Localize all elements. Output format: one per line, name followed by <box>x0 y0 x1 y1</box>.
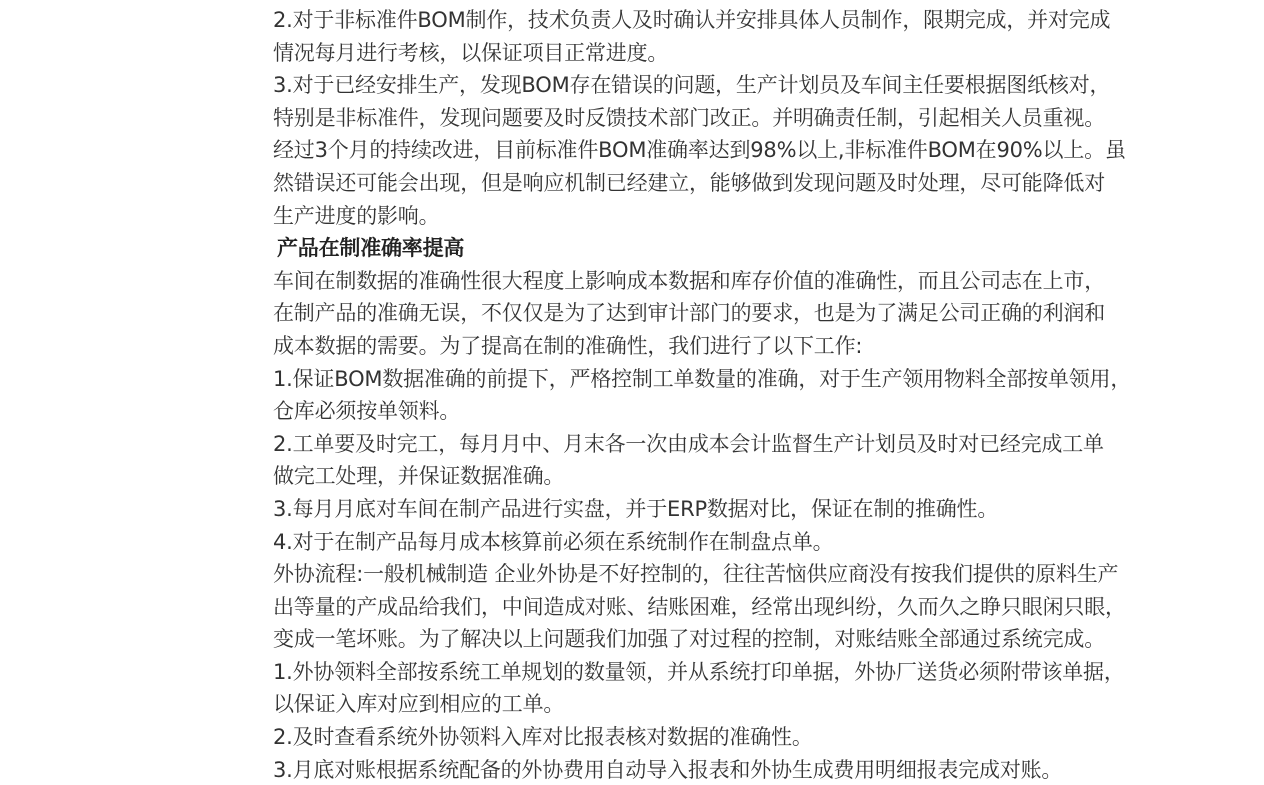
text-line: 经过3个月的持续改进，目前标准件BOM准确率达到98%以上,非标准件BOM在90… <box>273 134 1213 167</box>
paragraph-wip-1: 1.保证BOM数据准确的前提下，严格控制工单数量的准确，对于生产领用物料全部按单… <box>273 363 1213 428</box>
text-line: 做完工处理，并保证数据准确。 <box>273 460 1213 493</box>
text-line: 然错误还可能会出现，但是响应机制已经建立，能够做到发现问题及时处理，尽可能降低对 <box>273 167 1213 200</box>
text-line: 1.外协领料全部按系统工单规划的数量领，并从系统打印单据，外协厂送货必须附带该单… <box>273 656 1213 689</box>
paragraph-outsourcing-3: 3.月底对账根据系统配备的外协费用自动导入报表和外协生成费用明细报表完成对账。 <box>273 754 1213 785</box>
paragraph-outsourcing-2: 2.及时查看系统外协领料入库对比报表核对数据的准确性。 <box>273 721 1213 754</box>
text-line: 车间在制数据的准确性很大程度上影响成本数据和库存价值的准确性，而且公司志在上市， <box>273 265 1213 298</box>
paragraph-outsourcing-intro: 外协流程:一般机械制造 企业外协是不好控制的，往往苦恼供应商没有按我们提供的原料… <box>273 558 1213 656</box>
text-line: 生产进度的影响。 <box>273 200 1213 233</box>
paragraph-wip-4: 4.对于在制产品每月成本核算前必须在系统制作在制盘点单。 <box>273 526 1213 559</box>
paragraph-bom-nonstandard: 2.对于非标准件BOM制作，技术负责人及时确认并安排具体人员制作，限期完成，并对… <box>273 4 1213 69</box>
text-line: 2.工单要及时完工，每月月中、月末各一次由成本会计监督生产计划员及时对已经完成工… <box>273 428 1213 461</box>
article-body: 2.对于非标准件BOM制作，技术负责人及时确认并安排具体人员制作，限期完成，并对… <box>273 4 1213 785</box>
text-line: 情况每月进行考核，以保证项目正常进度。 <box>273 37 1213 70</box>
text-line: 2.及时查看系统外协领料入库对比报表核对数据的准确性。 <box>273 721 1213 754</box>
paragraph-outsourcing-1: 1.外协领料全部按系统工单规划的数量领，并从系统打印单据，外协厂送货必须附带该单… <box>273 656 1213 721</box>
paragraph-bom-results: 经过3个月的持续改进，目前标准件BOM准确率达到98%以上,非标准件BOM在90… <box>273 134 1213 232</box>
text-line: 以保证入库对应到相应的工单。 <box>273 688 1213 721</box>
text-line: 仓库必须按单领料。 <box>273 395 1213 428</box>
text-line: 出等量的产成品给我们，中间造成对账、结账困难，经常出现纠纷，久而久之睁只眼闲只眼… <box>273 591 1213 624</box>
paragraph-bom-errors: 3.对于已经安排生产，发现BOM存在错误的问题，生产计划员及车间主任要根据图纸核… <box>273 69 1213 134</box>
paragraph-wip-intro: 车间在制数据的准确性很大程度上影响成本数据和库存价值的准确性，而且公司志在上市，… <box>273 265 1213 363</box>
text-line: 变成一笔坏账。为了解决以上问题我们加强了对过程的控制，对账结账全部通过系统完成。 <box>273 623 1213 656</box>
text-line: 外协流程:一般机械制造 企业外协是不好控制的，往往苦恼供应商没有按我们提供的原料… <box>273 558 1213 591</box>
text-line: 3.对于已经安排生产，发现BOM存在错误的问题，生产计划员及车间主任要根据图纸核… <box>273 69 1213 102</box>
text-line: 特别是非标准件，发现问题要及时反馈技术部门改正。并明确责任制，引起相关人员重视。 <box>273 102 1213 135</box>
text-line: 4.对于在制产品每月成本核算前必须在系统制作在制盘点单。 <box>273 526 1213 559</box>
section-heading: 产品在制准确率提高 <box>273 232 1213 265</box>
text-line: 3.每月月底对车间在制产品进行实盘，并于ERP数据对比，保证在制的推确性。 <box>273 493 1213 526</box>
text-line: 2.对于非标准件BOM制作，技术负责人及时确认并安排具体人员制作，限期完成，并对… <box>273 4 1213 37</box>
text-line: 在制产品的准确无误，不仅仅是为了达到审计部门的要求，也是为了满足公司正确的利润和 <box>273 297 1213 330</box>
text-line: 3.月底对账根据系统配备的外协费用自动导入报表和外协生成费用明细报表完成对账。 <box>273 754 1213 785</box>
paragraph-wip-2: 2.工单要及时完工，每月月中、月末各一次由成本会计监督生产计划员及时对已经完成工… <box>273 428 1213 493</box>
text-line: 1.保证BOM数据准确的前提下，严格控制工单数量的准确，对于生产领用物料全部按单… <box>273 363 1213 396</box>
paragraph-wip-3: 3.每月月底对车间在制产品进行实盘，并于ERP数据对比，保证在制的推确性。 <box>273 493 1213 526</box>
text-line: 成本数据的需要。为了提高在制的准确性，我们进行了以下工作: <box>273 330 1213 363</box>
